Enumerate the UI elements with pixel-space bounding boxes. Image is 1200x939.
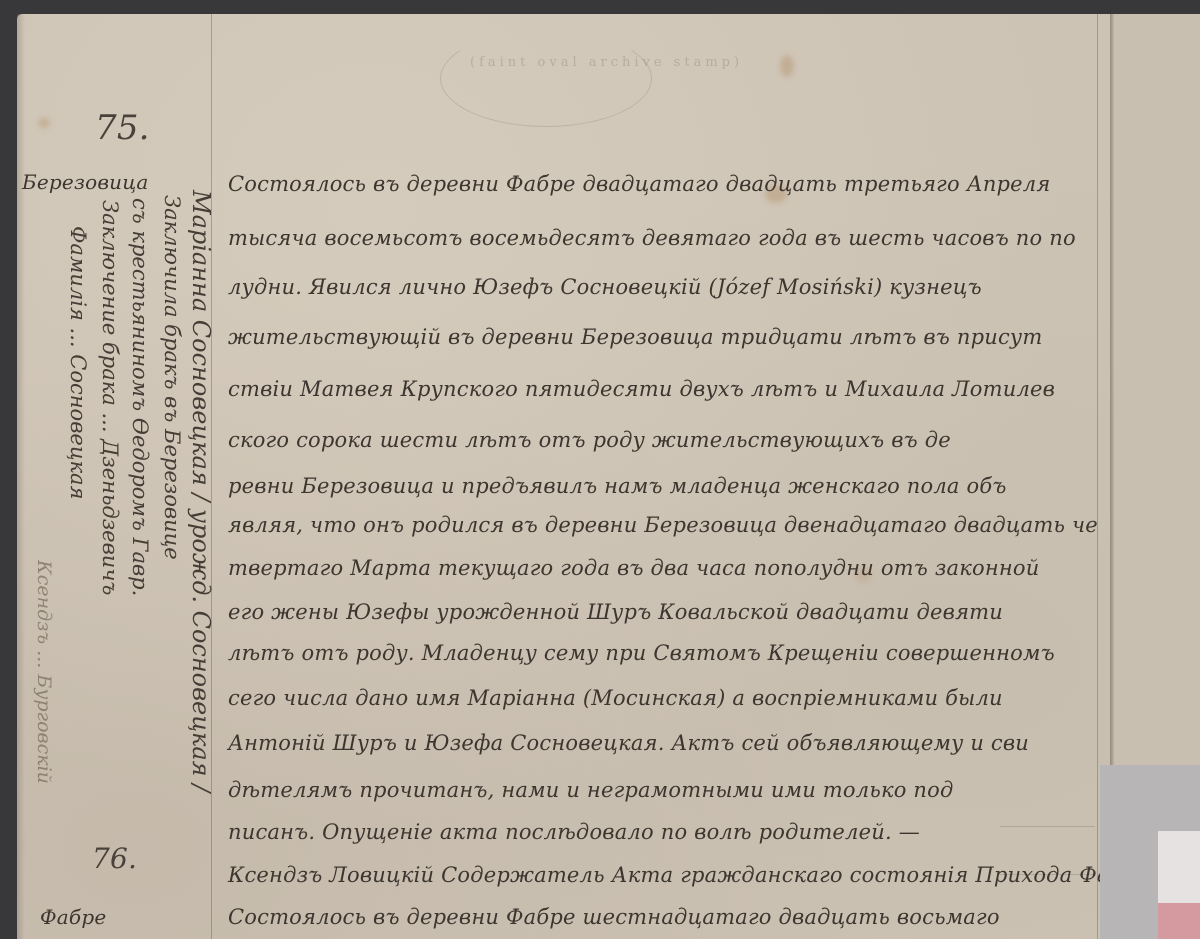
margin-village-75: Березовица [22,170,149,194]
body-line: писанъ. Опущеніе акта послѣдовало по вол… [228,820,920,844]
margin-note-vertical: Заключила бракъ въ Березовице [160,195,184,560]
margin-note-vertical: Заключение брака ... Дзеньдзевичъ [98,200,122,595]
margin-note-vertical-faint: Ксендзъ ... Бурговскій [33,560,55,784]
body-line: тысяча восемьсотъ восемьдесятъ девятаго … [228,226,1076,250]
margin-note-vertical: Маріанна Сосновецкая / урожд. Сосновецка… [187,190,215,792]
body-line: твертаго Марта текущаго года въ два часа… [228,556,1039,580]
foxing-stain [780,55,794,77]
foxing-stain [38,118,50,128]
margin-note-vertical: Фамилія ... Сосновецкая [66,226,90,499]
margin-village-76: Фабре [40,905,106,929]
body-line: ревни Березовица и предъявилъ намъ младе… [228,474,1007,498]
archive-stamp-text: (faint oval archive stamp) [470,55,743,70]
body-line: ского сорока шести лѣтъ отъ роду жительс… [228,428,951,452]
scan-calibration-red [1158,903,1200,939]
margin-note-vertical: съ крестьяниномъ Ѳедоромъ Гавр. [128,198,152,596]
margin-rule-right [1097,14,1098,939]
body-line: жительствующій въ деревни Березовица три… [228,325,1042,349]
page-edge-shadow [17,14,25,939]
body-line: лудни. Явился лично Юзефъ Сосновецкій (J… [228,275,982,299]
body-line: сего числа дано имя Маріанна (Мосинская)… [228,686,1003,710]
scan-calibration-white [1158,831,1200,903]
body-line: Состоялось въ деревни Фабре двадцатаго д… [228,172,1050,196]
body-line: лѣтъ отъ роду. Младенцу сему при Святомъ… [228,641,1055,665]
ruled-line [1000,826,1095,827]
body-line: его жены Юзефы урожденной Шуръ Ковальско… [228,600,1003,624]
body-line: являя, что онъ родился въ деревни Березо… [228,513,1098,537]
body-line: дѣтелямъ прочитанъ, нами и неграмотными … [228,778,954,802]
body-line: Антоній Шуръ и Юзефа Сосновецкая. Актъ с… [228,731,1029,755]
archive-stamp [440,30,652,127]
body-line: Состоялось въ деревни Фабре шестнадцатаг… [228,905,1000,929]
entry-number-76: 76. [92,842,137,875]
body-line: ствіи Матвея Крупского пятидесяти двухъ … [228,377,1055,401]
body-line: Ксендзъ Ловицкій Содержатель Акта гражда… [228,863,1149,887]
entry-number-75: 75. [95,108,150,148]
